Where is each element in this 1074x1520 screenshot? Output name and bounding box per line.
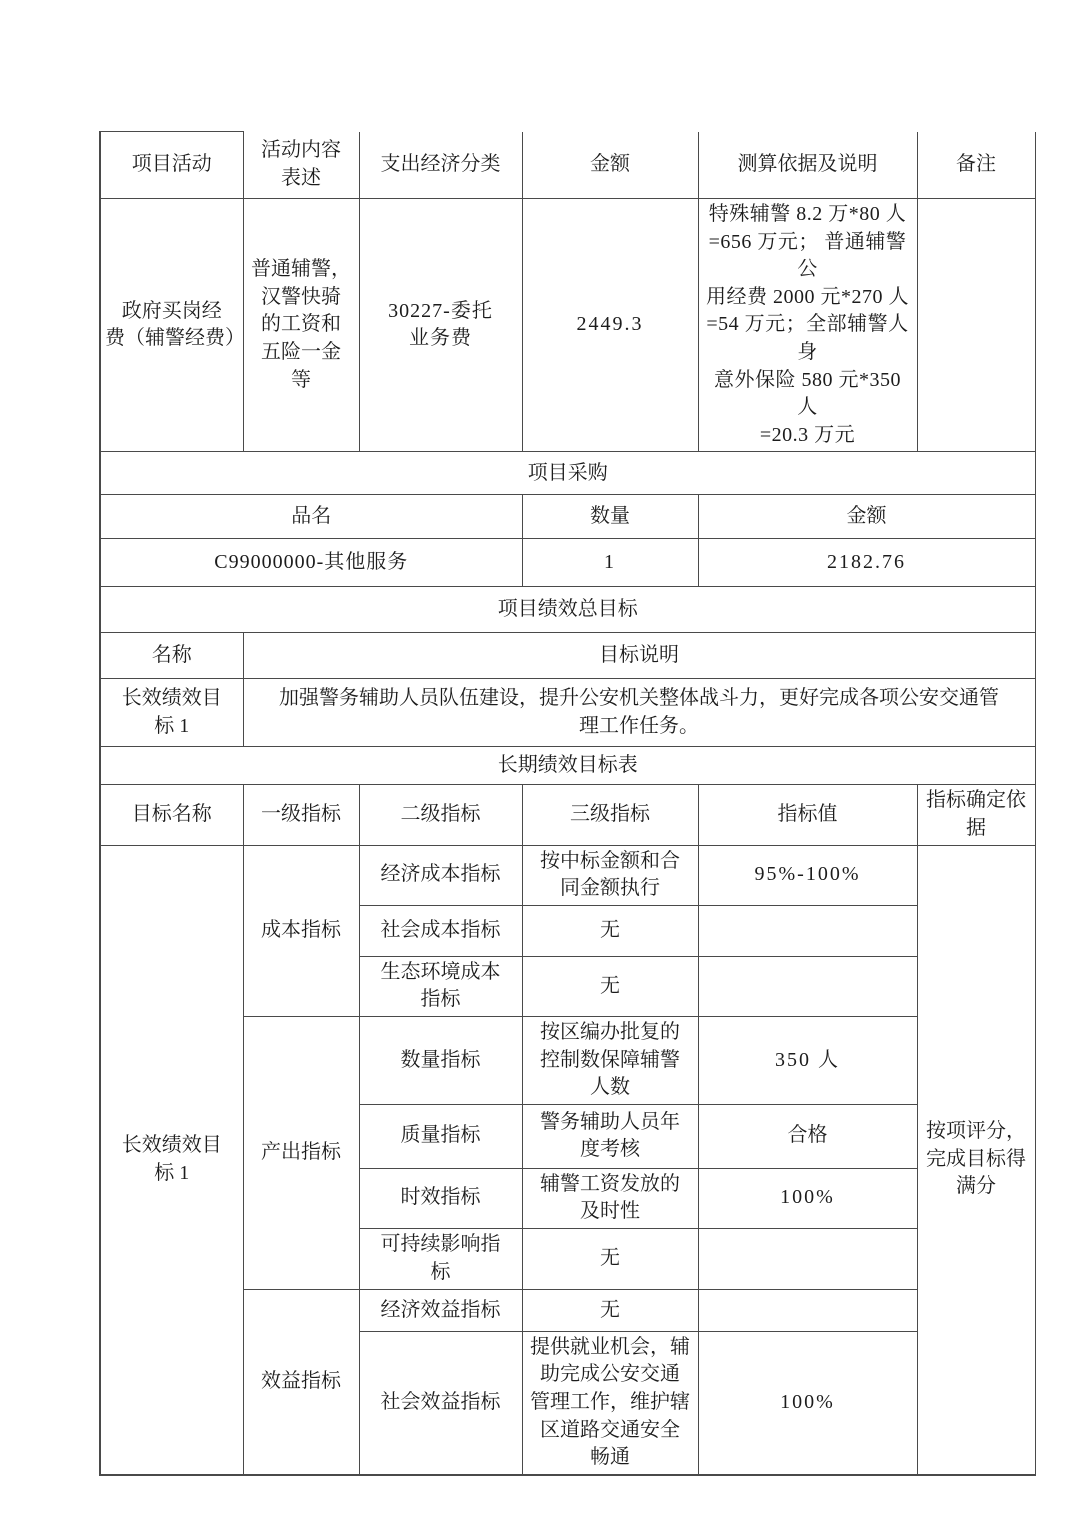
table-row: 长期绩效目标表 <box>100 747 1035 785</box>
indicator-detail-cell: 按区编办批复的 控制数保障辅警 人数 <box>522 1016 698 1104</box>
indicator-detail-cell: 警务辅助人员年 度考核 <box>522 1104 698 1168</box>
header-indicator-value: 指标值 <box>698 785 917 845</box>
cell-longterm-goal-name: 长效绩效目 标 1 <box>100 845 243 1475</box>
table-row: 政府买岗经 费（辅警经费） 普通辅警， 汉警快骑 的工资和 五险一金 等 302… <box>100 199 1035 452</box>
table-row: 长效绩效目 标 1 成本指标 经济成本指标 按中标金额和合 同金额执行 95%-… <box>100 845 1035 905</box>
cell-goal-name: 长效绩效目 标 1 <box>100 679 243 747</box>
indicator-detail-cell: 按中标金额和合 同金额执行 <box>522 845 698 905</box>
header-project-activity: 项目活动 <box>100 132 243 199</box>
header-level3-indicator: 三级指标 <box>522 785 698 845</box>
cell-amount: 2449.3 <box>522 199 698 452</box>
indicator-detail-cell: 无 <box>522 1228 698 1289</box>
indicator-value-cell: 100% <box>698 1168 917 1228</box>
indicator-name-cell: 数量指标 <box>359 1016 522 1104</box>
budget-performance-table: 项目活动 活动内容 表述 支出经济分类 金额 测算依据及说明 备注 政府买岗经 … <box>99 131 1036 1476</box>
table-row: 项目采购 <box>100 452 1035 495</box>
cell-item-name: C99000000-其他服务 <box>100 539 522 587</box>
document-page: { "expense_table": { "headers": ["项目活动",… <box>0 0 1074 1520</box>
indicator-detail-cell: 无 <box>522 956 698 1016</box>
header-remark: 备注 <box>917 132 1035 199</box>
table-row: 目标名称 一级指标 二级指标 三级指标 指标值 指标确定依 据 <box>100 785 1035 845</box>
header-basis: 测算依据及说明 <box>698 132 917 199</box>
indicator-value-cell: 95%-100% <box>698 845 917 905</box>
cell-group-output: 产出指标 <box>243 1016 359 1289</box>
cell-activity-content: 普通辅警， 汉警快骑 的工资和 五险一金 等 <box>243 199 359 452</box>
indicator-name-cell: 质量指标 <box>359 1104 522 1168</box>
section-title-procurement: 项目采购 <box>100 452 1035 495</box>
header-level2-indicator: 二级指标 <box>359 785 522 845</box>
table-row: 名称 目标说明 <box>100 633 1035 679</box>
cell-goal-description: 加强警务辅助人员队伍建设，提升公安机关整体战斗力，更好完成各项公安交通管 理工作… <box>243 679 1035 747</box>
header-item-name: 品名 <box>100 495 522 539</box>
cell-expense-class: 30227-委托 业务费 <box>359 199 522 452</box>
header-goal-description: 目标说明 <box>243 633 1035 679</box>
indicator-detail-cell: 无 <box>522 1289 698 1331</box>
indicator-name-cell: 经济成本指标 <box>359 845 522 905</box>
header-procurement-amount: 金额 <box>698 495 1035 539</box>
cell-determine-basis: 按项评分， 完成目标得 满分 <box>917 845 1035 1475</box>
cell-remark <box>917 199 1035 452</box>
indicator-detail-cell: 提供就业机会，辅 助完成公安交通 管理工作，维护辖 区道路交通安全 畅通 <box>522 1331 698 1474</box>
table-row: 项目活动 活动内容 表述 支出经济分类 金额 测算依据及说明 备注 <box>100 132 1035 199</box>
table-row: 品名 数量 金额 <box>100 495 1035 539</box>
indicator-value-cell: 100% <box>698 1331 917 1474</box>
indicator-name-cell: 社会成本指标 <box>359 905 522 956</box>
section-title-longterm-table: 长期绩效目标表 <box>100 747 1035 785</box>
cell-activity-name: 政府买岗经 费（辅警经费） <box>100 199 243 452</box>
table-row: C99000000-其他服务 1 2182.76 <box>100 539 1035 587</box>
cell-group-benefit: 效益指标 <box>243 1289 359 1474</box>
indicator-detail-cell: 无 <box>522 905 698 956</box>
indicator-value-cell: 350 人 <box>698 1016 917 1104</box>
indicator-value-cell: 合格 <box>698 1104 917 1168</box>
table-row: 长效绩效目 标 1 加强警务辅助人员队伍建设，提升公安机关整体战斗力，更好完成各… <box>100 679 1035 747</box>
indicator-detail-cell: 辅警工资发放的 及时性 <box>522 1168 698 1228</box>
indicator-name-cell: 经济效益指标 <box>359 1289 522 1331</box>
header-expense-class: 支出经济分类 <box>359 132 522 199</box>
cell-group-cost: 成本指标 <box>243 845 359 1016</box>
header-determine-basis: 指标确定依 据 <box>917 785 1035 845</box>
table-row: 项目绩效总目标 <box>100 587 1035 633</box>
indicator-name-cell: 可持续影响指 标 <box>359 1228 522 1289</box>
indicator-value-cell <box>698 905 917 956</box>
header-amount: 金额 <box>522 132 698 199</box>
cell-basis: 特殊辅警 8.2 万*80 人 =656 万元； 普通辅警公 用经费 2000 … <box>698 199 917 452</box>
header-quantity: 数量 <box>522 495 698 539</box>
section-title-overall-goal: 项目绩效总目标 <box>100 587 1035 633</box>
header-activity-content: 活动内容 表述 <box>243 132 359 199</box>
cell-procurement-amount: 2182.76 <box>698 539 1035 587</box>
header-goal-name: 名称 <box>100 633 243 679</box>
indicator-name-cell: 时效指标 <box>359 1168 522 1228</box>
indicator-name-cell: 社会效益指标 <box>359 1331 522 1474</box>
indicator-value-cell <box>698 1289 917 1331</box>
indicator-name-cell: 生态环境成本 指标 <box>359 956 522 1016</box>
header-goal-title: 目标名称 <box>100 785 243 845</box>
cell-quantity: 1 <box>522 539 698 587</box>
header-level1-indicator: 一级指标 <box>243 785 359 845</box>
indicator-value-cell <box>698 956 917 1016</box>
indicator-value-cell <box>698 1228 917 1289</box>
